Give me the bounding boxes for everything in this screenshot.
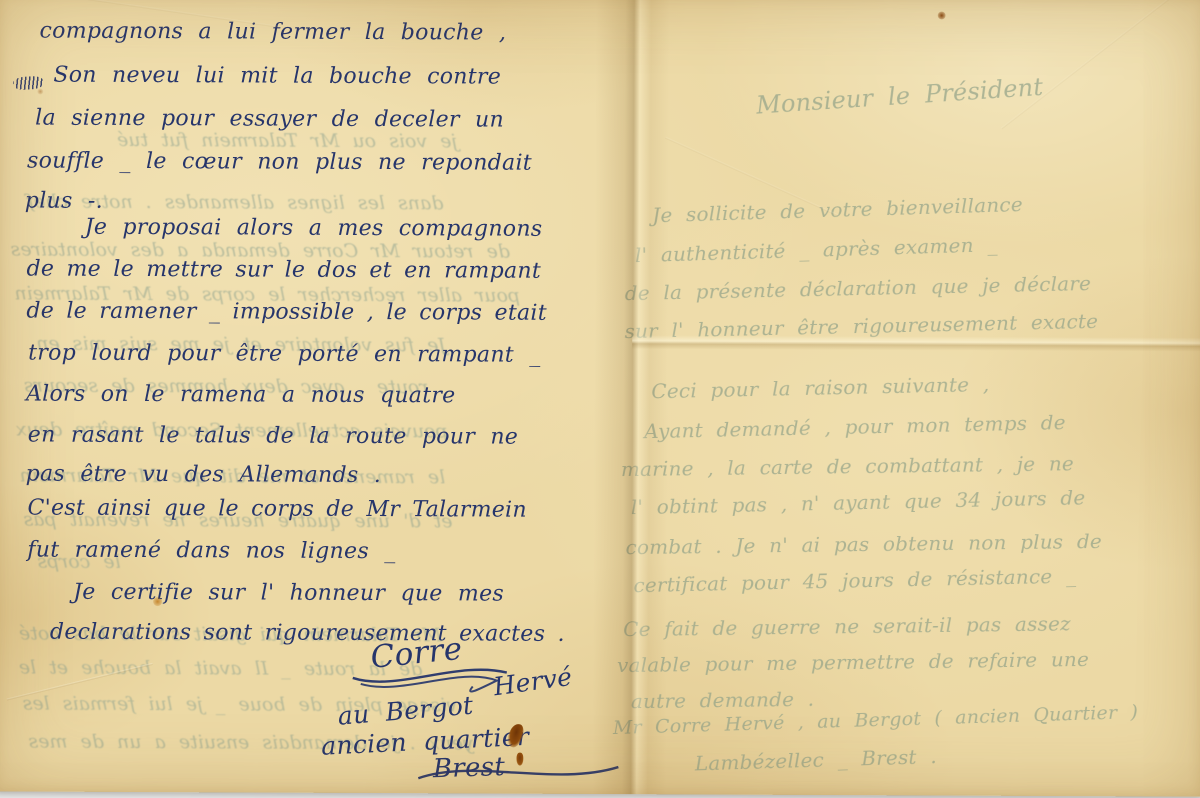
bleedthrough-line: de la route _ Il avait la bouche et le (19, 656, 423, 680)
faint-line: Je sollicite de votre bienveillance (652, 192, 1023, 227)
faint-line: l' obtint pas , n' ayant que 34 jours de (631, 485, 1086, 519)
faint-line: l' authenticité _ après examen _ (635, 232, 998, 267)
faint-line: marine , la carte de combattant , je ne (621, 451, 1074, 481)
faint-line: de la présente déclaration que je déclar… (624, 271, 1091, 305)
foxing-spot (37, 89, 43, 95)
handwritten-line: en rasant le talus de la route pour ne (28, 423, 518, 450)
faint-line: Lambézellec _ Brest . (694, 744, 937, 775)
faint-line: certificat pour 45 jours de résistance _ (633, 563, 1076, 597)
handwritten-line: de le ramener _ impossible , le corps et… (26, 298, 547, 325)
foxing-spot (938, 11, 946, 19)
crossed-out-scribble (13, 76, 44, 91)
handwritten-line: de me le mettre sur le dos et en rampant (26, 256, 541, 283)
handwritten-line: Alors on le ramena a nous quatre (26, 381, 456, 408)
signature-line: Brest (432, 752, 505, 784)
handwritten-line: declarations sont rigoureusement exactes… (50, 620, 565, 647)
faint-line: Ce fait de guerre ne serait-il pas assez (623, 611, 1071, 641)
faint-line: valable pour me permettre de refaire une (617, 647, 1089, 677)
faint-line: Ceci pour la raison suivante , (651, 372, 990, 403)
handwritten-line: plus -. (25, 188, 103, 213)
signature-line: Hervé (492, 662, 574, 701)
faint-line: autre demande . (631, 687, 815, 713)
handwritten-line: trop lourd pour être porté en rampant _ (28, 341, 541, 368)
faint-line: combat . Je n' ai pas obtenu non plus de (625, 529, 1102, 559)
faint-line: sur l' honneur être rigoureusement exact… (624, 309, 1098, 343)
handwritten-line: souffle _ le cœur non plus ne repondait (27, 148, 532, 175)
handwritten-line: C'est ainsi que le corps de Mr Talarmein (27, 496, 527, 523)
handwritten-line: la sienne pour essayer de deceler un (35, 106, 504, 133)
handwritten-line: fut ramené dans nos lignes _ (27, 538, 395, 565)
faint-line: Monsieur le Président (755, 73, 1044, 120)
ink-stain-droplet (516, 753, 523, 766)
faint-line: Ayant demandé , pour mon temps de (644, 410, 1066, 443)
handwritten-line: Son neveu lui mit la bouche contre (53, 63, 501, 90)
letter-sheet: je vois ou Mr Talarmein fut tuédans les … (0, 0, 1200, 797)
handwritten-line: Je certifie sur l' honneur que mes (73, 580, 504, 607)
crease-line (1001, 0, 1184, 129)
handwritten-line: Je proposai alors a mes compagnons (85, 215, 543, 242)
handwritten-line: compagnons a lui fermer la bouche , (40, 19, 507, 46)
handwritten-line: pas être vu des Allemands . (26, 461, 382, 488)
signature-line: Corre (369, 631, 464, 676)
